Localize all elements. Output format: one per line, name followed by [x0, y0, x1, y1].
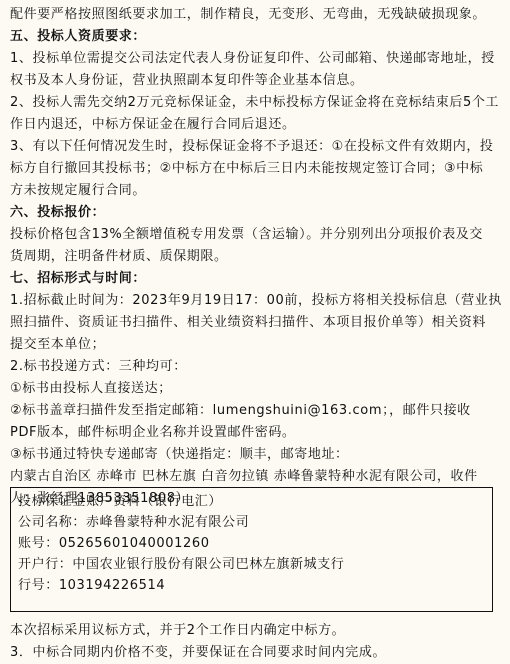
bank-box-title: 投标保证金账户资料（银行电汇） — [18, 491, 492, 512]
text-line: 权书及本人身份证，营业执照副本复印件等企业基本信息。 — [10, 70, 505, 92]
account-number-label: 账号： — [18, 536, 59, 551]
section-5-body: 1、投标单位需提交公司法定代表人身份证复印件、公司邮箱、快递邮寄地址，授 权书及… — [10, 48, 505, 202]
text-line: 货周期，注明备件材质、质保期限。 — [10, 246, 505, 268]
text-line: 投标价格包含13%全额增值税专用发票（含运输）。并分别列出分项报价表及交 — [10, 224, 505, 246]
bank-name-row: 开户行：中国农业银行股份有限公司巴林左旗新城支行 — [18, 554, 492, 575]
text-line: 方未按规定履行合同。 — [10, 180, 505, 202]
account-number-value: 05265601040001260 — [59, 536, 210, 551]
text-line: 1.招标截止时间为：2023年9月19日17：00前，投标方将相关投标信息（营业… — [10, 290, 505, 312]
closing-paragraphs: 本次招标采用议标方式，并于2个工作日内确定中标方。 3．中标合同期内价格不变，并… — [10, 620, 386, 664]
bank-name-value: 中国农业银行股份有限公司巴林左旗新城支行 — [72, 557, 344, 572]
text-line: 提交至本单位； — [10, 334, 505, 356]
text-line: ①标书由投标人直接送达； — [10, 378, 505, 400]
mailing-address-line: 内蒙古自治区 赤峰市 巴林左旗 白音勿拉镇 赤峰鲁蒙特种水泥有限公司，收件 — [10, 466, 505, 488]
text-line: 3．中标合同期内价格不变，并要保证在合同要求时间内完成。 — [10, 642, 386, 664]
text-line: 标方自行撤回其投标书；②中标方在中标后三日内未能按规定签订合同；③中标 — [10, 158, 505, 180]
tender-document: 配件要严格按照图纸要求加工，制作精良，无变形、无弯曲，无残缺破损现象。 五、投标… — [10, 4, 505, 510]
bank-code-label: 行号： — [18, 578, 59, 593]
text-line: 2.标书投递方式：三种均可： — [10, 356, 505, 378]
bank-account-box: 投标保证金账户资料（银行电汇） 公司名称：赤峰鲁蒙特种水泥有限公司 账号：052… — [10, 487, 493, 612]
intro-paragraph: 配件要严格按照图纸要求加工，制作精良，无变形、无弯曲，无残缺破损现象。 — [10, 4, 505, 26]
company-name-label: 公司名称： — [18, 515, 86, 530]
text-line: 本次招标采用议标方式，并于2个工作日内确定中标方。 — [10, 620, 386, 642]
text-line: 1、投标单位需提交公司法定代表人身份证复印件、公司邮箱、快递邮寄地址，授 — [10, 48, 505, 70]
email-instruction-line: ②标书盖章扫描件发至指定邮箱：lumengshuini@163.com；，邮件只… — [10, 400, 505, 422]
bank-name-label: 开户行： — [18, 557, 72, 572]
section-7-body: 1.招标截止时间为：2023年9月19日17：00前，投标方将相关投标信息（营业… — [10, 290, 505, 510]
text-line: 照扫描件、资质证书扫描件、相关业绩资料扫描件、本项目报价单等）相关资料 — [10, 312, 505, 334]
section-6-heading: 六、投标报价： — [10, 202, 505, 224]
company-name-row: 公司名称：赤峰鲁蒙特种水泥有限公司 — [18, 512, 492, 533]
bank-code-row: 行号：103194226514 — [18, 575, 492, 596]
text-line: 2、投标人需先交纳2万元竞标保证金，未中标投标方保证金将在竞标结束后5个工 — [10, 92, 505, 114]
text-line: PDF版本，邮件标明企业名称并设置邮件密码。 — [10, 422, 505, 444]
company-name-value: 赤峰鲁蒙特种水泥有限公司 — [86, 515, 249, 530]
text-line: 作日内退还，中标方保证金在履行合同后退还。 — [10, 114, 505, 136]
section-7-heading: 七、招标形式与时间： — [10, 268, 505, 290]
section-6-body: 投标价格包含13%全额增值税专用发票（含运输）。并分别列出分项报价表及交 货周期… — [10, 224, 505, 268]
bank-code-value: 103194226514 — [59, 578, 165, 593]
section-5-heading: 五、投标人资质要求： — [10, 26, 505, 48]
text-line: ③标书通过特快专递邮寄（快递指定：顺丰，邮寄地址： — [10, 444, 505, 466]
text-line: 3、有以下任何情况发生时，投标保证金将不予退还：①在投标文件有效期内，投 — [10, 136, 505, 158]
account-number-row: 账号：05265601040001260 — [18, 533, 492, 554]
